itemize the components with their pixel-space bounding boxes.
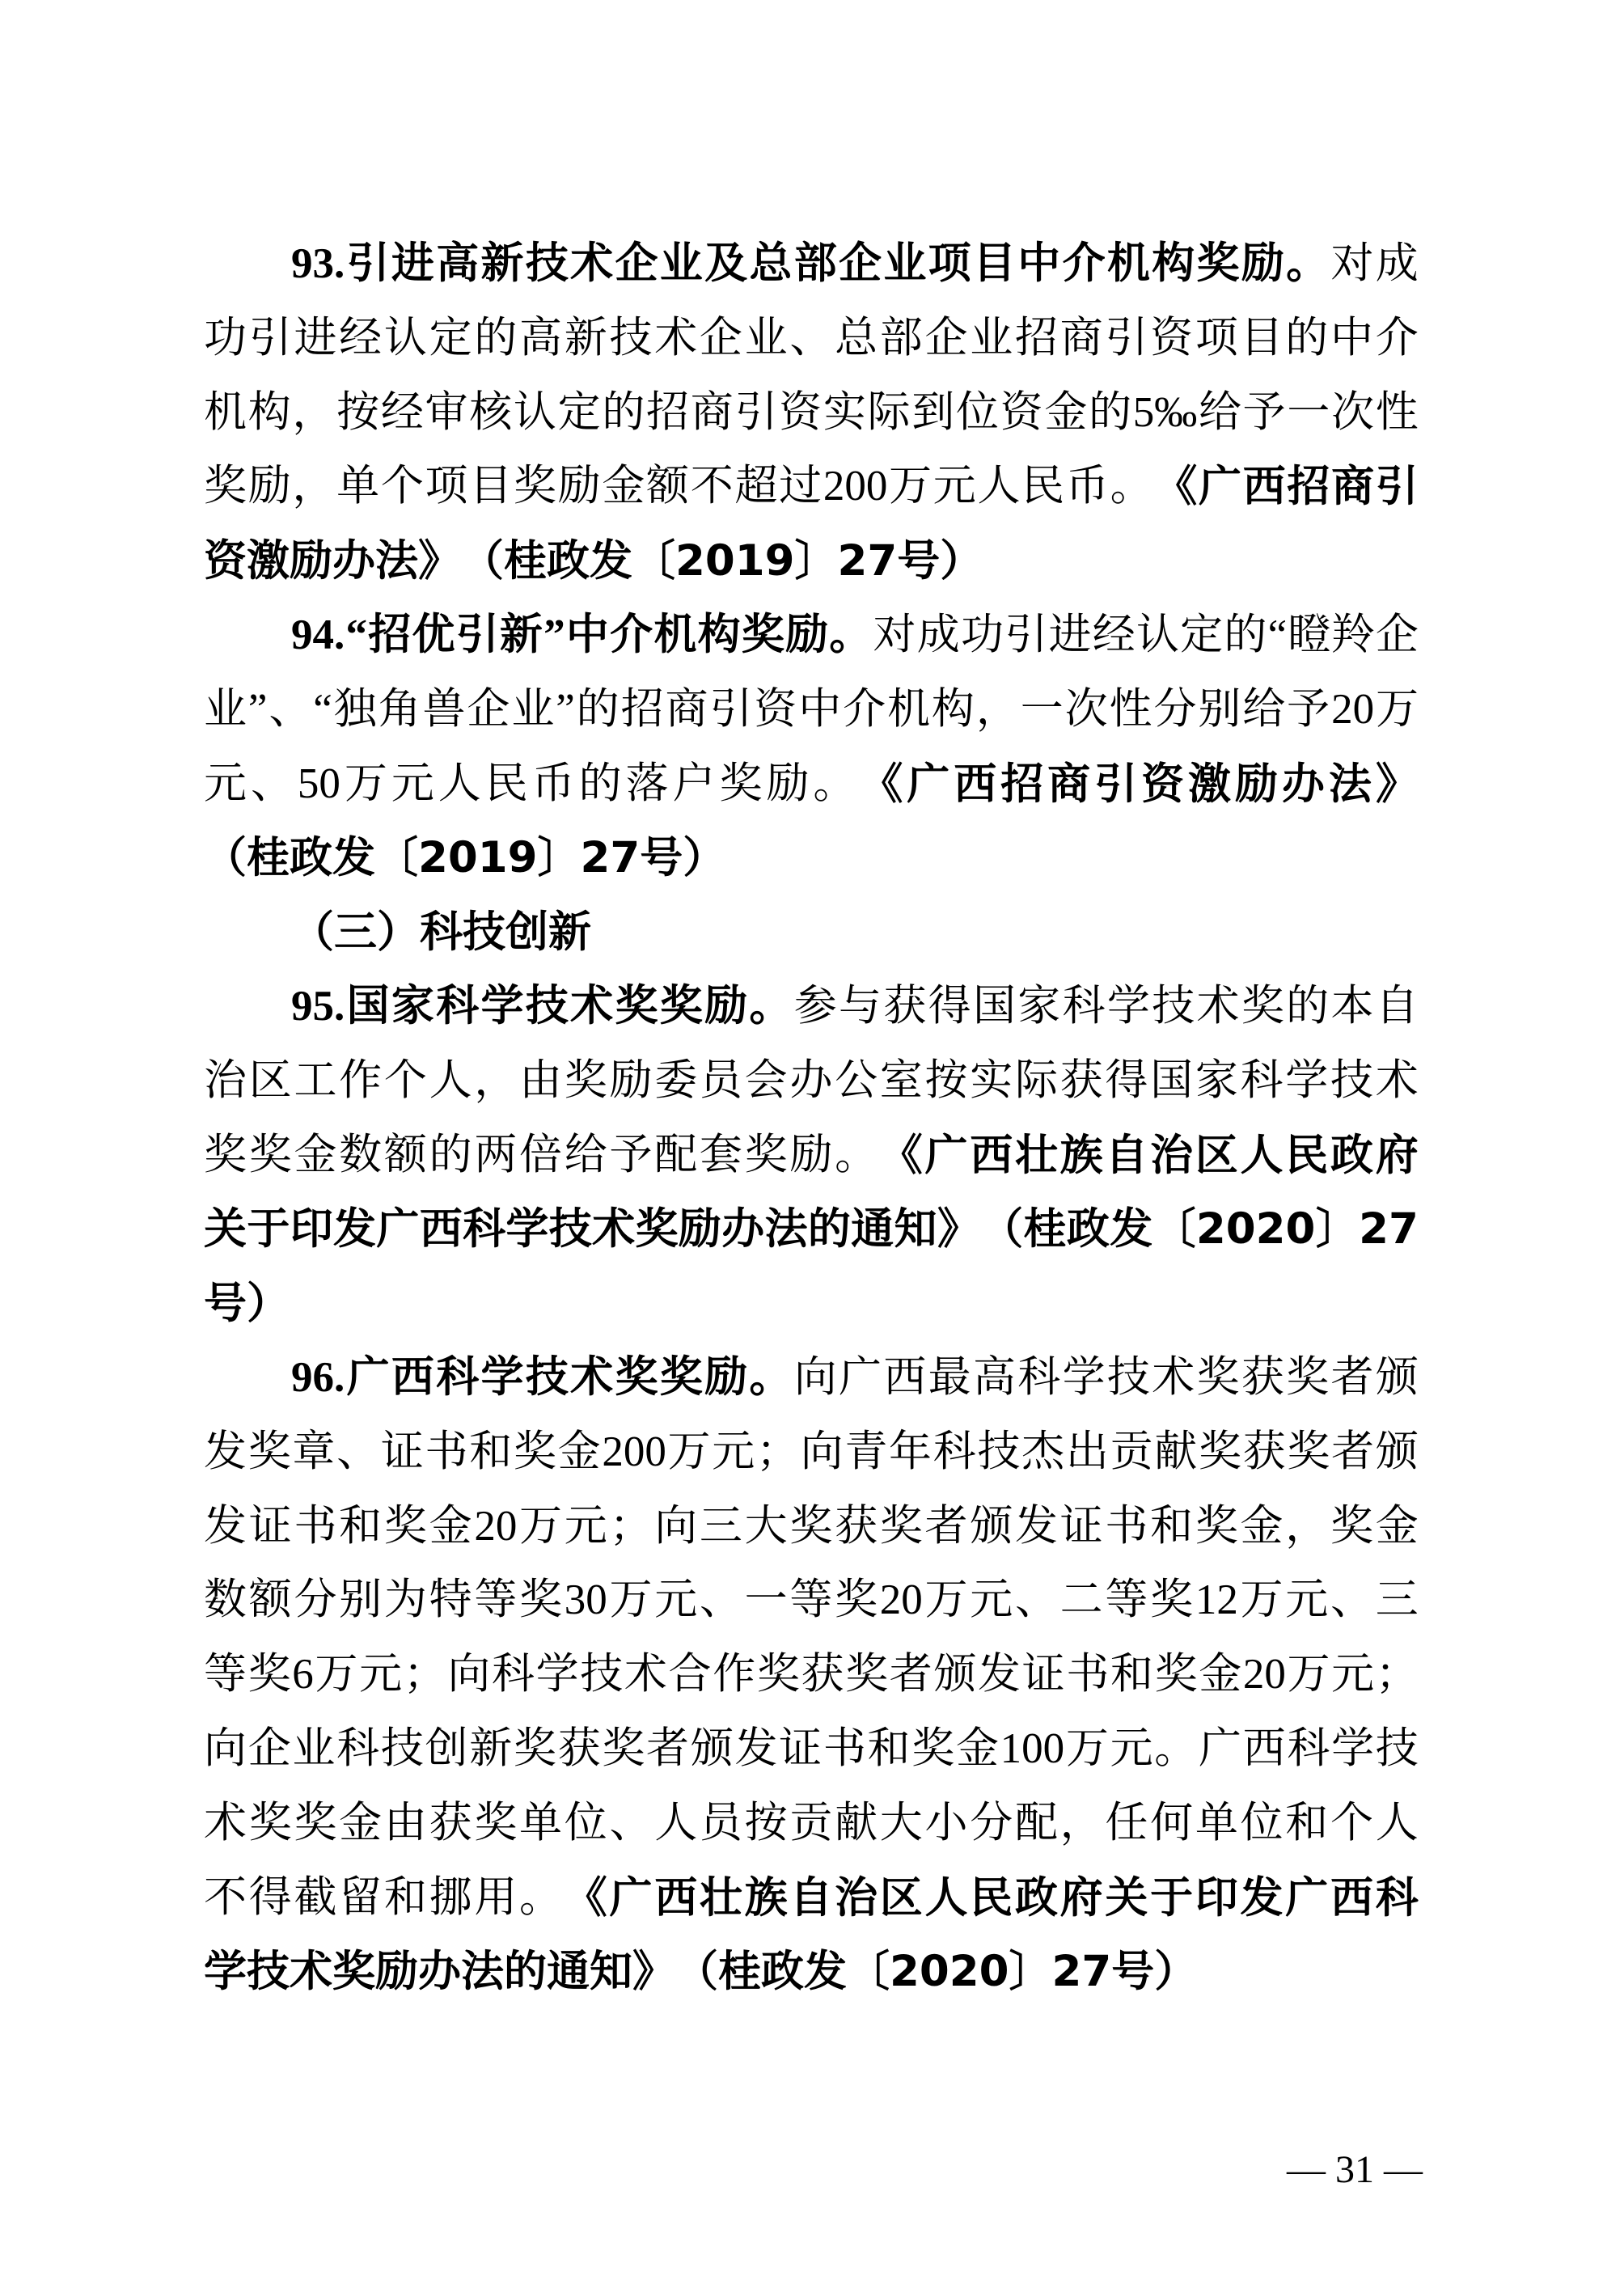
body-text-segment: 励 (789, 1119, 832, 1193)
body-text-segment: 获 (883, 970, 926, 1044)
citation-text: 号 (640, 821, 683, 895)
body-text-segment: 由 (384, 1787, 427, 1861)
body-text-segment: 员 (700, 1787, 742, 1861)
body-text-segment: 创 (425, 1712, 468, 1787)
item-title-text: 96. (291, 1341, 345, 1415)
citation-text: 27 (1359, 1192, 1419, 1267)
body-text-segment: 和 (868, 1712, 911, 1787)
citation-text: ） (940, 524, 983, 599)
body-text-segment: 按 (925, 1044, 968, 1119)
paragraph-item-95: 95.国家科学技术奖奖励。参与获得国家科学技术奖的本自治区工作个人，由奖励委员会… (204, 970, 1419, 1341)
body-text-segment: 中 (798, 673, 841, 747)
body-text-segment: 给 (565, 1119, 607, 1193)
item-title-text: 项 (928, 227, 971, 302)
body-text-segment: 献 (835, 1787, 878, 1861)
body-text-segment: 5‰ (1133, 376, 1198, 451)
citation-text: 2019 (675, 524, 795, 599)
body-text-segment: ； (1376, 1638, 1419, 1712)
item-title-text: 术 (570, 227, 613, 302)
body-text-segment: 贡 (789, 1787, 832, 1861)
body-text-segment: 机 (204, 376, 247, 451)
body-text-segment: 技 (381, 1712, 424, 1787)
body-text-segment: 技 (1152, 970, 1195, 1044)
body-text-segment: 奖 (519, 1563, 562, 1638)
body-text-segment: 分 (1153, 673, 1196, 747)
body-text-segment: 发 (978, 1638, 1021, 1712)
body-text-segment: 元 (933, 450, 976, 524)
body-text-segment: 万 (519, 1490, 562, 1564)
item-title-text: 。 (1286, 227, 1329, 302)
text-line: 94.“招优引新”中介机构奖励。对成功引进经认定的“瞪羚企 (204, 599, 1419, 673)
body-text-segment: 奖 (474, 1787, 517, 1861)
body-text-segment: 截 (294, 1861, 336, 1936)
paragraph-item-94: 94.“招优引新”中介机构奖励。对成功引进经认定的“瞪羚企业”、“独角兽企业”的… (204, 599, 1419, 895)
text-line: 资激励办法》（桂政发〔2019〕27号） (204, 524, 1419, 599)
body-text-segment: 书 (1105, 1490, 1148, 1564)
body-text-segment: 金 (558, 1415, 601, 1490)
citation-text: 广 (925, 1119, 968, 1193)
item-title-text: 励 (1241, 227, 1284, 302)
body-text-segment: 奖 (514, 1415, 556, 1490)
body-text-segment: 予 (1287, 673, 1330, 747)
body-text-segment: 学 (1107, 970, 1150, 1044)
citation-text: 科 (463, 1192, 505, 1267)
citation-text: 知 (894, 1192, 937, 1267)
body-text-segment: 书 (823, 1712, 866, 1787)
body-text-segment: 颁 (691, 1712, 734, 1787)
body-text-segment: ， (1285, 1490, 1328, 1564)
body-text-segment: 奖 (249, 1787, 292, 1861)
body-text-segment: 单 (336, 450, 379, 524)
body-text-segment: 向 (447, 1638, 490, 1712)
body-text-segment: 的 (577, 673, 620, 747)
body-text-segment: 元 (1285, 1563, 1328, 1638)
citation-text: 人 (1241, 1119, 1284, 1193)
item-title-text: 93. (291, 227, 345, 302)
body-text-segment: 功 (204, 302, 247, 376)
body-text: 93.引进高新技术企业及总部企业项目中介机构奖励。对成功引进经认定的高新技术企业… (204, 227, 1419, 2009)
citation-text: 科 (1376, 1861, 1419, 1936)
body-text-segment: 数 (204, 1563, 247, 1638)
text-line: 机构，按经审核认定的招商引资实际到位资金的5‰给予一次性 (204, 376, 1419, 451)
citation-text: 〕 (795, 524, 838, 599)
body-text-segment: 学 (1063, 1341, 1106, 1415)
body-text-segment: 200 (602, 1415, 666, 1490)
body-text-segment: 介 (1376, 302, 1419, 376)
body-text-segment: 学 (536, 1638, 579, 1712)
item-title-text: 引 (347, 227, 390, 302)
citation-text: ） (247, 1267, 290, 1341)
body-text-segment: 人 (429, 1044, 472, 1119)
body-text-segment: 单 (1195, 1787, 1238, 1861)
body-text-segment: 科 (1287, 1712, 1330, 1787)
body-text-segment: 个 (384, 1044, 427, 1119)
body-text-segment: 会 (745, 1044, 788, 1119)
document-page: 93.引进高新技术企业及总部企业项目中介机构奖励。对成功引进经认定的高新技术企业… (0, 0, 1624, 2293)
body-text-segment: 合 (669, 1638, 712, 1712)
citation-text: 招 (1287, 450, 1330, 524)
body-text-segment: 获 (1243, 1415, 1286, 1490)
body-text-segment: 位 (565, 1787, 607, 1861)
body-text-segment: 角 (379, 673, 421, 747)
body-text-segment: 二 (1060, 1563, 1103, 1638)
body-text-segment: 经 (381, 376, 424, 451)
body-text-segment: 实 (970, 1044, 1013, 1119)
body-text-segment: 公 (835, 1044, 878, 1119)
body-text-segment: 参 (794, 970, 837, 1044)
item-title-text: 励 (785, 599, 828, 673)
text-line: 治区工作个人，由奖励委员会办公室按实际获得国家科学技术 (204, 1044, 1419, 1119)
citation-text: 的 (808, 1192, 851, 1267)
body-text-segment: 国 (973, 970, 1016, 1044)
body-text-segment: 特 (429, 1563, 472, 1638)
citation-text: 区 (880, 1861, 923, 1936)
body-text-segment: 万 (315, 1638, 357, 1712)
body-text-segment: 得 (1105, 1044, 1148, 1119)
body-text-segment: 青 (844, 1415, 887, 1490)
body-text-segment: 奖 (1195, 1490, 1238, 1564)
body-text-segment: 和 (1285, 1787, 1328, 1861)
text-line: 术奖奖金由获奖单位、人员按贡献大小分配，任何单位和个人 (204, 1787, 1419, 1861)
body-text-segment: 金 (1241, 1490, 1284, 1564)
citation-text: 壮 (1015, 1119, 1058, 1193)
body-text-segment: 际 (868, 376, 911, 451)
citation-text: 的 (504, 1935, 547, 2009)
body-text-segment: 本 (1330, 970, 1373, 1044)
body-text-segment: 何 (1150, 1787, 1193, 1861)
body-text-segment: 工 (294, 1044, 336, 1119)
item-title-text: 学 (481, 970, 524, 1044)
body-text-segment: 不 (691, 450, 734, 524)
text-line: 号） (204, 1267, 1419, 1341)
citation-text: 激 (1188, 747, 1231, 822)
citation-text: 桂 (1024, 1192, 1067, 1267)
body-text-segment: 元 (565, 1490, 607, 1564)
body-text-segment: 奖 (514, 1712, 556, 1787)
text-line: 元、50万元人民币的落户奖励。《广西招商引资激励办法》 (204, 747, 1419, 822)
body-text-segment: 商 (691, 376, 734, 451)
body-text-segment: 资 (1000, 376, 1043, 451)
item-title-text: 机 (1107, 227, 1150, 302)
body-text-segment: 奖 (384, 1490, 427, 1564)
citation-text: 商 (1331, 450, 1374, 524)
body-text-segment: 由 (519, 1044, 562, 1119)
body-text-segment: 奖 (248, 1415, 291, 1490)
item-title-text: 奖 (1197, 227, 1240, 302)
body-text-segment: 企 (925, 302, 968, 376)
citation-text: 西 (654, 1861, 697, 1936)
body-text-segment: 学 (1331, 1712, 1374, 1787)
citation-text: 壮 (700, 1861, 742, 1936)
body-text-segment: 100 (1000, 1712, 1065, 1787)
body-text-segment: 发 (734, 1712, 777, 1787)
body-text-segment: 认 (1136, 599, 1179, 673)
body-text-segment: 元 (712, 1415, 755, 1490)
body-text-segment: 金 (339, 1787, 382, 1861)
text-line: 95.国家科学技术奖奖励。参与获得国家科学技术奖的本自 (204, 970, 1419, 1044)
body-text-segment: 奖 (249, 1119, 292, 1193)
body-text-segment: 员 (700, 1044, 742, 1119)
citation-text: 发 (804, 1935, 847, 2009)
body-text-segment: “ (313, 673, 332, 747)
citation-text: 桂 (247, 821, 290, 895)
body-text-segment: 、 (1015, 1563, 1058, 1638)
body-text-segment: 12 (1195, 1563, 1238, 1638)
item-title-text: 。 (829, 599, 872, 673)
body-text-segment: 留 (339, 1861, 382, 1936)
body-text-segment: 家 (1195, 1044, 1238, 1119)
body-text-segment: 元 (204, 747, 247, 822)
body-text-segment: 三 (1376, 1563, 1419, 1638)
body-text-segment: 励 (248, 450, 291, 524)
body-text-segment: 构 (248, 376, 291, 451)
body-text-segment: 企 (248, 1712, 291, 1787)
body-text-segment: 等 (789, 1563, 832, 1638)
citation-text: 法 (764, 1192, 807, 1267)
body-text-segment: 倍 (519, 1119, 562, 1193)
body-text-segment: 奖 (294, 1787, 336, 1861)
body-text-segment: 和 (469, 1415, 512, 1490)
body-text-segment: 获 (1241, 1341, 1284, 1415)
body-text-segment: 分 (970, 1787, 1013, 1861)
citation-text: 政 (1067, 1192, 1110, 1267)
body-text-segment: 币 (532, 747, 575, 822)
body-text-segment: 万 (345, 747, 387, 822)
citation-text: 励 (1235, 747, 1278, 822)
citation-text: 《 (1154, 450, 1197, 524)
text-line: 功引进经认定的高新技术企业、总部企业招商引资项目的中介 (204, 302, 1419, 376)
citation-text: ） (683, 821, 725, 895)
citation-text: ） (1154, 1935, 1197, 2009)
body-text-segment: 、 (251, 747, 294, 822)
body-text-segment: 证 (779, 1712, 822, 1787)
body-text-segment: 向 (654, 1490, 697, 1564)
body-text-segment: 招 (646, 376, 689, 451)
body-text-segment: 者 (646, 1712, 689, 1787)
body-text-segment: 、 (1330, 1563, 1373, 1638)
citation-text: （ (461, 524, 504, 599)
body-text-segment: 配 (1015, 1787, 1058, 1861)
body-text-segment: 企 (1376, 599, 1419, 673)
body-text-segment: 过 (779, 450, 822, 524)
body-text-segment: 20 (1331, 673, 1374, 747)
text-line: 关于印发广西科学技术奖励办法的通知》（桂政发〔2020〕27 (204, 1192, 1419, 1267)
citation-text: 27 (838, 524, 898, 599)
body-text-segment: 套 (700, 1119, 742, 1193)
body-text-segment: 任 (1105, 1787, 1148, 1861)
text-line: 业”、“独角兽企业”的招商引资中介机构，一次性分别给予20万 (204, 673, 1419, 747)
body-text-segment: 科 (492, 1638, 535, 1712)
citation-text: 政 (1015, 1861, 1058, 1936)
item-title-text: 奖 (615, 970, 658, 1044)
body-text-segment: 引 (1004, 599, 1047, 673)
body-text-segment: 国 (1150, 1044, 1193, 1119)
body-text-segment: 出 (1066, 1415, 1109, 1490)
citation-text: ） (377, 895, 420, 970)
text-line: 学技术奖励办法的通知》（桂政发〔2020〕27号） (204, 1935, 1419, 2009)
body-text-segment: 励 (609, 1044, 652, 1119)
body-text-segment: 技 (580, 1638, 623, 1712)
citation-text: 广 (376, 1192, 419, 1267)
citation-text: 创 (505, 895, 548, 970)
text-line: 奖奖金数额的两倍给予配套奖励。《广西壮族自治区人民政府 (204, 1119, 1419, 1193)
body-text-segment: 等 (1105, 1563, 1148, 1638)
body-text-segment: 项 (425, 450, 468, 524)
body-text-segment: 向 (204, 1712, 247, 1787)
citation-text: 法 (1329, 747, 1372, 822)
citation-text: 法 (461, 1935, 504, 2009)
body-text-segment: 贡 (1110, 1415, 1153, 1490)
citation-text: 》 (1376, 747, 1419, 822)
body-text-segment: 奖 (1241, 970, 1284, 1044)
body-text-segment: ， (292, 450, 335, 524)
text-line: 93.引进高新技术企业及总部企业项目中介机构奖励。对成 (204, 227, 1419, 302)
body-text-segment: 向 (801, 1415, 844, 1490)
body-text-segment: 高 (973, 1341, 1016, 1415)
body-text-segment: 目 (1241, 302, 1284, 376)
citation-text: 学 (204, 1935, 247, 2009)
citation-text: 办 (418, 1935, 461, 2009)
body-text-segment: 。 (835, 1119, 878, 1193)
item-title-text: 优 (412, 599, 455, 673)
citation-text: 《 (880, 1119, 923, 1193)
body-text-segment: 杰 (1021, 1415, 1064, 1490)
body-text-segment: 人 (1376, 1787, 1419, 1861)
body-text-segment: 者 (1330, 1341, 1373, 1415)
citation-text: 号 (897, 524, 940, 599)
body-text-segment: 金 (602, 450, 645, 524)
citation-text: （ (291, 895, 334, 970)
body-text-segment: 业 (511, 673, 554, 747)
body-text-segment: 目 (469, 450, 512, 524)
body-text-segment: 者 (1331, 1415, 1374, 1490)
body-text-segment: 部 (880, 302, 923, 376)
citation-text: 桂 (504, 524, 547, 599)
item-title-text: 企 (839, 227, 882, 302)
body-text-segment: 招 (1015, 302, 1058, 376)
item-title-text: 业 (660, 227, 703, 302)
body-text-segment: ； (404, 1638, 446, 1712)
citation-text: 办 (332, 524, 375, 599)
body-text-segment: 际 (1015, 1044, 1058, 1119)
citation-text: 西 (420, 1192, 463, 1267)
citation-text: 励 (679, 1192, 721, 1267)
body-text-segment: 户 (673, 747, 716, 822)
body-text-segment: 予 (609, 1119, 652, 1193)
item-title-text: 介 (610, 599, 653, 673)
body-text-segment: 颁 (933, 1638, 976, 1712)
body-text-segment: 奖 (1197, 1341, 1240, 1415)
item-title-text: 构 (698, 599, 741, 673)
body-text-segment: 核 (469, 376, 512, 451)
text-line: 奖励，单个项目奖励金额不超过200万元人民币。《广西招商引 (204, 450, 1419, 524)
citation-text: （ (204, 821, 247, 895)
body-text-segment: 的 (1285, 302, 1328, 376)
item-title-text: 招 (368, 599, 411, 673)
body-text-segment: 的 (602, 376, 645, 451)
text-line: 发证书和奖金20万元；向三大奖获奖者颁发证书和奖金，奖金 (204, 1490, 1419, 1564)
body-text-segment: ； (609, 1490, 652, 1564)
body-text-segment: 颁 (970, 1490, 1013, 1564)
body-text-segment: 、 (609, 1787, 652, 1861)
body-text-segment: 学 (1285, 1044, 1328, 1119)
item-title-text: 业 (883, 227, 926, 302)
item-title-text: 技 (526, 227, 569, 302)
item-title-text: 95. (291, 970, 345, 1044)
citation-text: 〔 (375, 821, 418, 895)
citation-text: 新 (548, 895, 591, 970)
item-title-text: 西 (391, 1341, 434, 1415)
body-text-segment: 科 (1063, 970, 1106, 1044)
item-title-text: 广 (347, 1341, 390, 1415)
body-text-segment: 术 (204, 1787, 247, 1861)
citation-text: 广 (907, 747, 949, 822)
body-text-segment: ， (976, 673, 1019, 747)
citation-text: 27 (1052, 1935, 1112, 2009)
body-text-segment: 元 (654, 1563, 697, 1638)
body-text-segment: 的 (1224, 599, 1267, 673)
body-text-segment: 配 (654, 1119, 697, 1193)
body-text-segment: 万 (1288, 1638, 1330, 1712)
citation-text: 政 (290, 821, 332, 895)
body-text-segment: 20 (880, 1563, 923, 1638)
body-text-segment: 区 (249, 1044, 292, 1119)
body-text-segment: 技 (1376, 1712, 1419, 1787)
body-text-segment: 审 (425, 376, 468, 451)
body-text-segment: 发 (204, 1490, 247, 1564)
body-text-segment: 实 (823, 376, 866, 451)
body-text-segment: 委 (654, 1044, 697, 1119)
citation-text: 励 (290, 524, 332, 599)
body-text-segment: 企 (467, 673, 510, 747)
body-text-segment: 得 (249, 1861, 292, 1936)
citation-text: 关 (204, 1192, 247, 1267)
body-text-segment: “ (1268, 599, 1288, 673)
item-title-text: 国 (347, 970, 390, 1044)
body-text-segment: 献 (1154, 1415, 1197, 1490)
body-text-segment: 科 (1017, 1341, 1060, 1415)
body-text-segment: 、 (269, 673, 311, 747)
body-text-segment: 用 (474, 1861, 517, 1936)
body-text-segment: 、 (789, 302, 832, 376)
body-text-segment: 奖 (745, 1119, 788, 1193)
body-text-segment: 术 (624, 1638, 667, 1712)
body-text-segment: ” (556, 673, 575, 747)
body-text-segment: 获 (835, 1490, 878, 1564)
citation-text: 自 (789, 1861, 832, 1936)
body-text-segment: 获 (801, 1638, 844, 1712)
body-text-segment: 室 (880, 1044, 923, 1119)
section-heading: （三）科技创新 (204, 895, 1419, 970)
body-text-segment: 业 (292, 1712, 335, 1787)
body-text-segment: 民 (485, 747, 528, 822)
citation-text: 关 (1105, 1861, 1148, 1936)
body-text-segment: 办 (789, 1044, 832, 1119)
item-title-text: 引 (456, 599, 499, 673)
body-text-segment: 独 (334, 673, 377, 747)
citation-text: 治 (1150, 1119, 1193, 1193)
item-title-text: 科 (436, 1341, 479, 1415)
body-text-segment: 奖 (789, 1490, 832, 1564)
item-title-text: 中 (566, 599, 609, 673)
citation-text: 西 (954, 747, 996, 822)
body-text-segment: 证 (381, 1415, 424, 1490)
body-text-segment: 资 (1150, 302, 1193, 376)
body-text-segment: 定 (558, 376, 601, 451)
citation-text: 族 (745, 1861, 788, 1936)
citation-text: 发 (1241, 1861, 1284, 1936)
body-text-segment: 万 (889, 450, 932, 524)
